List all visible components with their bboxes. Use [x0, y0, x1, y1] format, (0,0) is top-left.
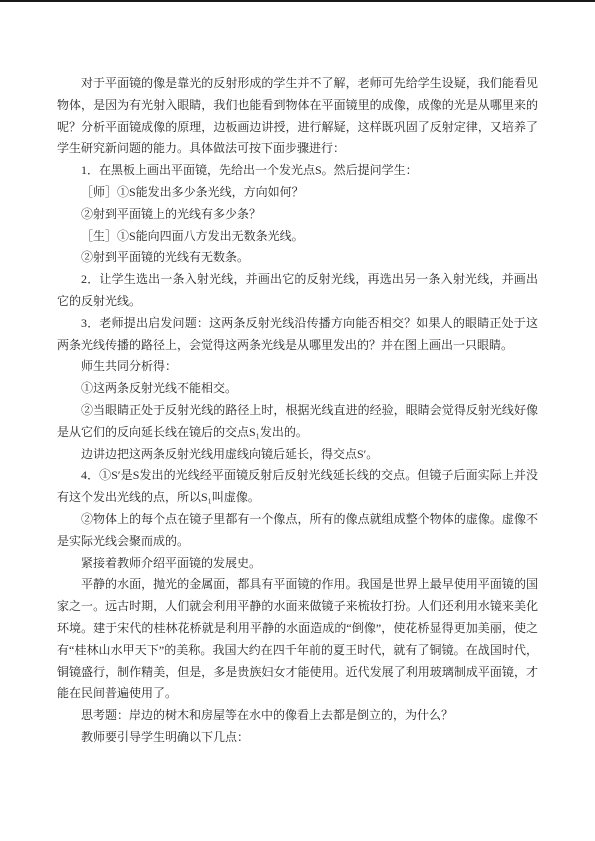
paragraph-extend-dashed-lines: 边讲边把这两条反射光线用虚线向镜后延长，得交点S′。: [57, 444, 538, 466]
paragraph-intro: 对于平面镜的像是靠光的反射形成的学生并不了解，老师可先给学生设疑，我们能看见物体…: [57, 73, 538, 160]
document-page: 对于平面镜的像是靠光的反射形成的学生并不了解，老师可先给学生设疑，我们能看见物体…: [0, 0, 595, 841]
paragraph-virtual-image-point: ②物体上的每个点在镜子里都有一个像点，所有的像点就组成整个物体的虚像。虚像不是实…: [57, 509, 538, 553]
paragraph-teacher-question-1: ［师］①S能发出多少条光线，方向如何？: [57, 182, 538, 204]
paragraph-mirror-history: 平静的水面，抛光的金属面，都具有平面镜的作用。我国是世界上最早使用平面镜的国家之…: [57, 574, 538, 705]
paragraph-thinking-question: 思考题：岸边的树木和房屋等在水中的像看上去都是倒立的，为什么？: [57, 705, 538, 727]
paragraph-analysis-point-1: ①这两条反射光线不能相交。: [57, 378, 538, 400]
paragraph-step-1: 1．在黑板上画出平面镜，先给出一个发光点S。然后提问学生：: [57, 160, 538, 182]
paragraph-step-2: 2．让学生选出一条入射光线，并画出它的反射光线，再选出另一条入射光线，并画出它的…: [57, 269, 538, 313]
paragraph-step-3: 3．老师提出启发问题：这两条反射光线沿传播方向能否相交？如果人的眼睛正处于这两条…: [57, 313, 538, 357]
paragraph-history-intro: 紧接着教师介绍平面镜的发展史。: [57, 553, 538, 575]
document-body: 对于平面镜的像是靠光的反射形成的学生并不了解，老师可先给学生设疑，我们能看见物体…: [57, 73, 538, 749]
paragraph-student-answer-2: ②射到平面镜的光线有无数条。: [57, 247, 538, 269]
paragraph-analysis-point-2: ②当眼睛正处于反射光线的路径上时，根据光线直进的经验，眼睛会觉得反射光线好像是从…: [57, 400, 538, 444]
paragraph-analysis-heading: 师生共同分析得：: [57, 356, 538, 378]
paragraph-step-4: 4．①S′是S发出的光线经平面镜反射后反射光线延长线的交点。但镜子后面实际上并没…: [57, 465, 538, 509]
paragraph-student-answer-1: ［生］①S能向四面八方发出无数条光线。: [57, 226, 538, 248]
paragraph-teacher-guidance: 教师要引导学生明确以下几点：: [57, 727, 538, 749]
paragraph-teacher-question-2: ②射到平面镜上的光线有多少条？: [57, 204, 538, 226]
